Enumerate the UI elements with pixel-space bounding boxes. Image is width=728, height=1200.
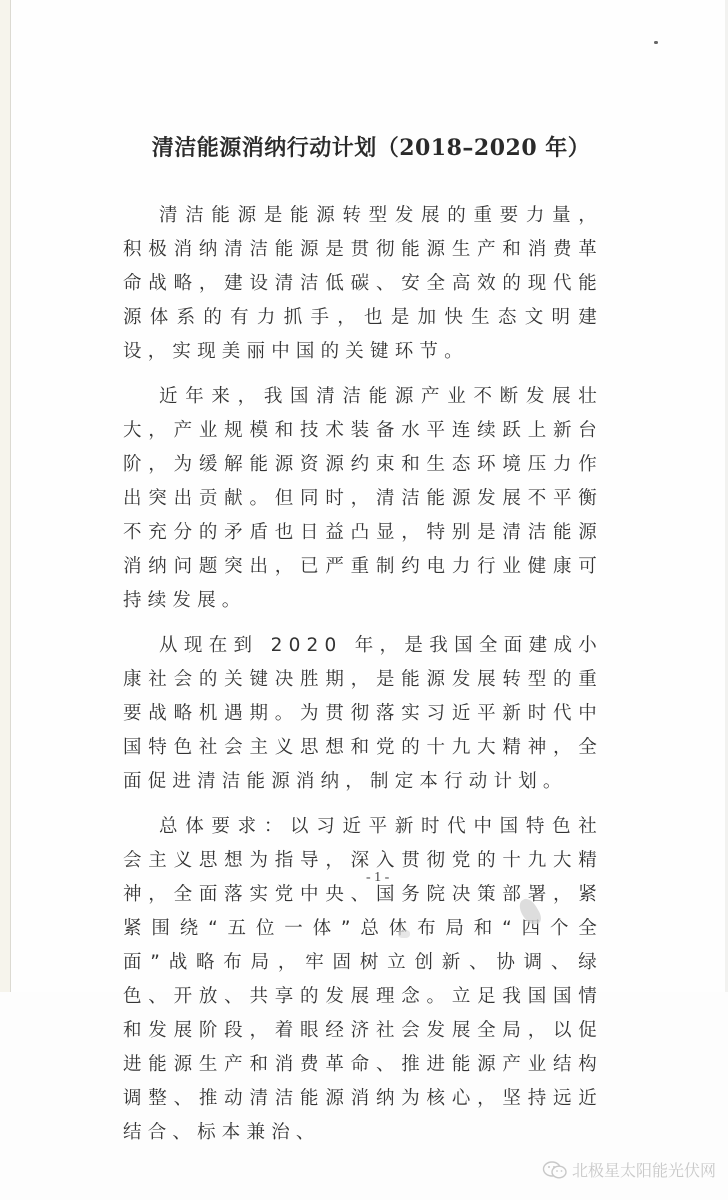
scanned-page: 清洁能源消纳行动计划（2018–2020 年） 清洁能源是能源转型发展的重要力量… <box>0 0 728 992</box>
wechat-icon <box>542 1160 568 1180</box>
document-body: 清洁能源是能源转型发展的重要力量，积极消纳清洁能源是贯彻能源生产和消费革命战略，… <box>123 199 603 1161</box>
paragraph-3: 从现在到 2020 年，是我国全面建成小康社会的关键决胜期，是能源发展转型的重要… <box>123 629 603 799</box>
paragraph-1: 清洁能源是能源转型发展的重要力量，积极消纳清洁能源是贯彻能源生产和消费革命战略，… <box>123 199 603 369</box>
paragraph-4: 总体要求：以习近平新时代中国特色社会主义思想为指导，深入贯彻党的十九大精神，全面… <box>123 810 603 1150</box>
page-number: - 1 - <box>366 870 389 886</box>
scan-smudge-small <box>398 930 410 938</box>
watermark: 北极星太阳能光伏网 <box>542 1158 716 1181</box>
document-title: 清洁能源消纳行动计划（2018–2020 年） <box>0 131 728 162</box>
watermark-text: 北极星太阳能光伏网 <box>572 1158 716 1181</box>
scan-speck <box>654 41 658 44</box>
paragraph-2: 近年来，我国清洁能源产业不断发展壮大，产业规模和技术装备水平连续跃上新台阶，为缓… <box>123 380 603 618</box>
